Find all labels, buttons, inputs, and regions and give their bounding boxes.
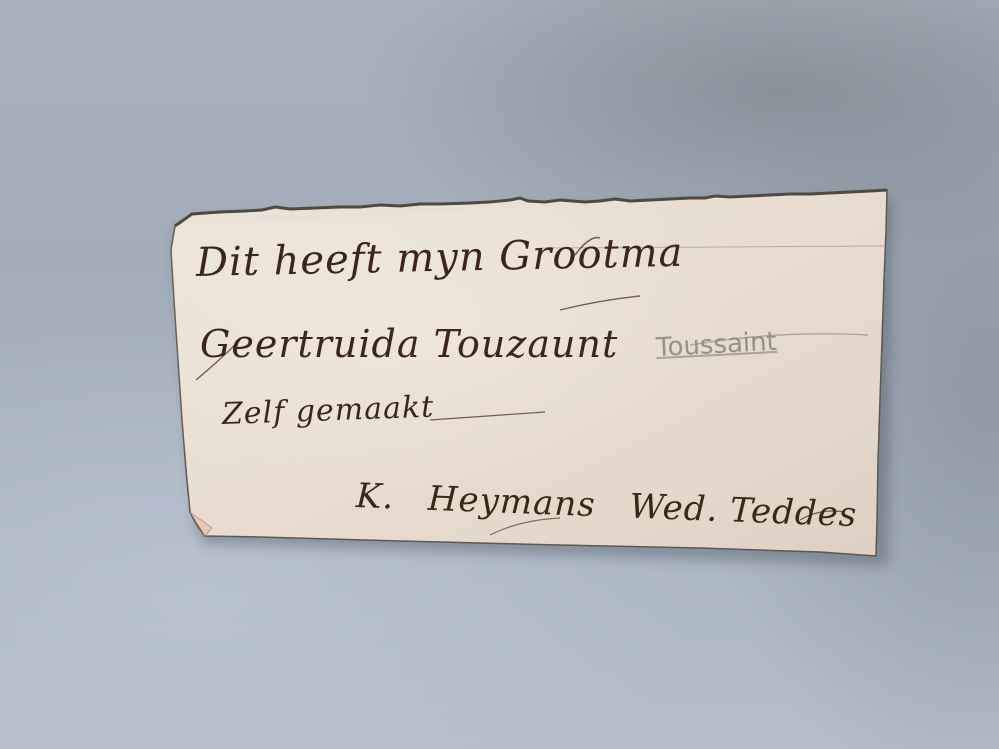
- note-line-3: Zelf gemaakt: [221, 390, 434, 432]
- pencil-annotation: Toussaint: [656, 327, 778, 363]
- note-line-2-ink: Geertruida Touzaunt: [200, 322, 618, 366]
- note-paper: [0, 0, 999, 749]
- signature-initial: K.: [355, 476, 395, 517]
- signature-surname: Heymans: [427, 479, 596, 525]
- photo-scene: Dit heeft myn Grootma Geertruida Touzaun…: [0, 0, 999, 749]
- note-line-2: Geertruida TouzauntToussaint: [200, 322, 777, 366]
